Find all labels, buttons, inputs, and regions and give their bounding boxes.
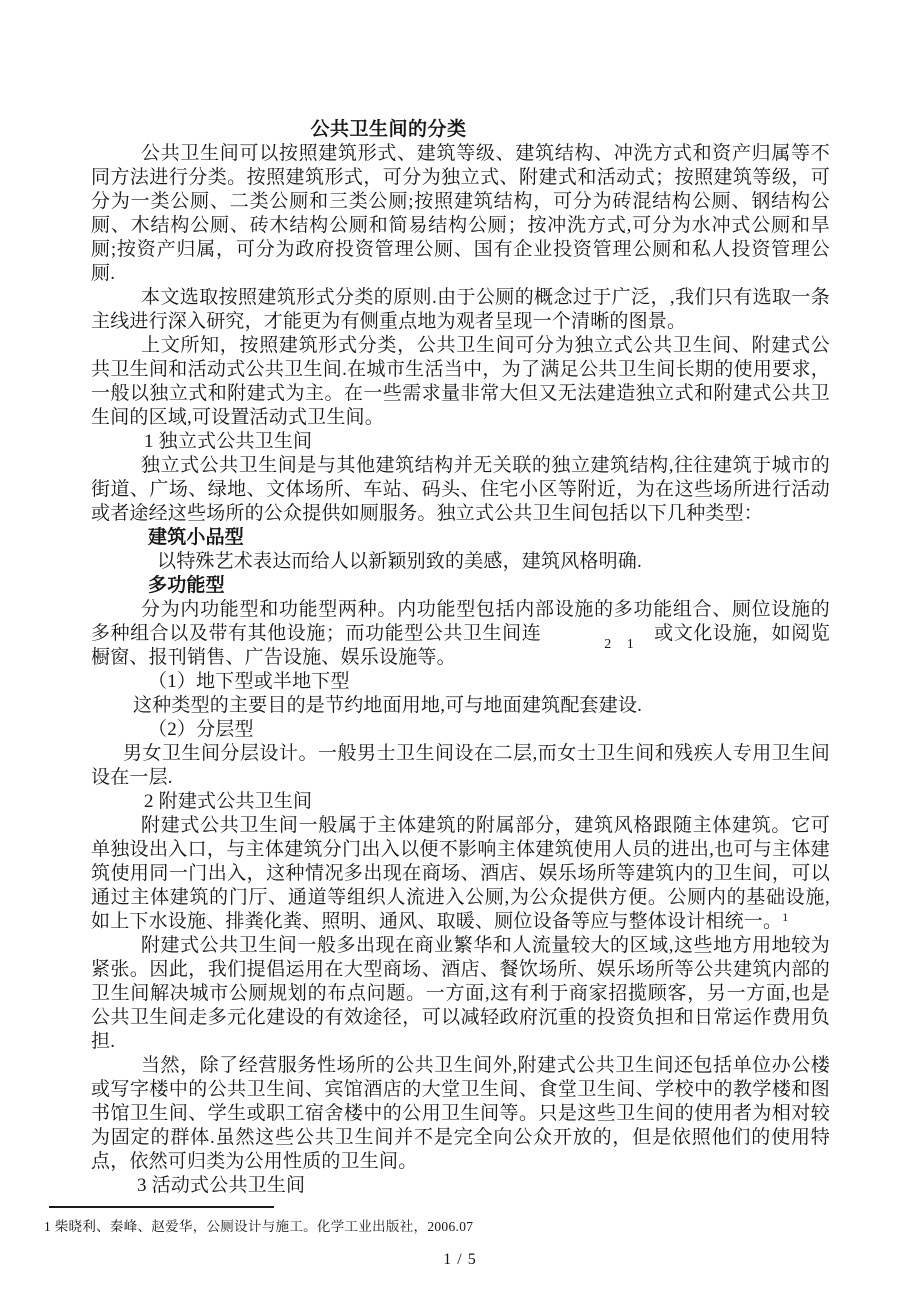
footnote-reference-mark: 1 [782, 910, 788, 924]
subheading-split-level-type: （2）分层型 [91, 718, 830, 742]
paragraph-underground: 这种类型的主要目的是节约地面用地,可与地面建筑配套建设. [91, 694, 830, 718]
paragraph-attached-other: 当然，除了经营服务性场所的公共卫生间外,附建式公共卫生间还包括单位办公楼或写字楼… [91, 1054, 830, 1174]
page-number: 1 / 5 [0, 1251, 920, 1269]
paragraph-text: 附建式公共卫生间一般属于主体建筑的附属部分，建筑风格跟随主体建筑。它可单独设出入… [91, 815, 830, 932]
paragraph-attached-location: 附建式公共卫生间一般多出现在商业繁华和人流量较大的区域,这些地方用地较为紧张。因… [91, 934, 830, 1054]
paragraph-overview: 上文所知，按照建筑形式分类，公共卫生间可分为独立式公共卫生间、附建式公共卫生间和… [91, 334, 830, 430]
corrupted-glyph: 带 [541, 622, 552, 631]
paragraph-split-level: 男女卫生间分层设计。一般男士卫生间设在二层,而女士卫生间和残疾人专用卫生间设在一… [91, 742, 830, 790]
paragraph-independent-type: 独立式公共卫生间是与其他建筑结构并无关联的独立建筑结构,往往建筑于城市的街道、广… [91, 454, 830, 526]
footnote-citation: 1 柴晓利、秦峰、赵爱华，公厕设计与施工。化学工业出版社，2006.07 [44, 1218, 920, 1235]
paragraph-classification: 公共卫生间可以按照建筑形式、建筑等级、建筑结构、冲洗方式和资产归属等不同方法进行… [91, 142, 830, 286]
subheading-underground-type: （1）地下型或半地下型 [91, 670, 830, 694]
subheading-multifunction-type: 多功能型 [91, 574, 830, 598]
paragraph-artistic: 以特殊艺术表达而给人以新颖别致的美感，建筑风格明确. [91, 550, 830, 574]
formula-fragment: 2 1 [554, 638, 640, 652]
paragraph-multifunction: 分为内功能型和功能型两种。内功能型包括内部设施的多功能组合、厕位设施的多种组合以… [91, 598, 830, 670]
document-page: 公共卫生间的分类 公共卫生间可以按照建筑形式、建筑等级、建筑结构、冲洗方式和资产… [0, 0, 920, 1302]
paragraph-scope: 本文选取按照建筑形式分类的原则.由于公厕的概念过于广泛，,我们只有选取一条主线进… [91, 286, 830, 334]
paragraph-attached-type: 附建式公共卫生间一般属于主体建筑的附属部分，建筑风格跟随主体建筑。它可单独设出入… [91, 814, 830, 934]
subheading-architectural-feature-type: 建筑小品型 [91, 526, 830, 550]
document-title: 公共卫生间的分类 [91, 117, 686, 142]
heading-section-2: 2 附建式公共卫生间 [91, 790, 830, 814]
heading-section-3: 3 活动式公共卫生间 [91, 1174, 830, 1198]
heading-section-1: 1 独立式公共卫生间 [91, 430, 830, 454]
page-content: 公共卫生间的分类 公共卫生间可以按照建筑形式、建筑等级、建筑结构、冲洗方式和资产… [0, 0, 920, 1198]
footnote-separator-line [49, 1206, 274, 1208]
